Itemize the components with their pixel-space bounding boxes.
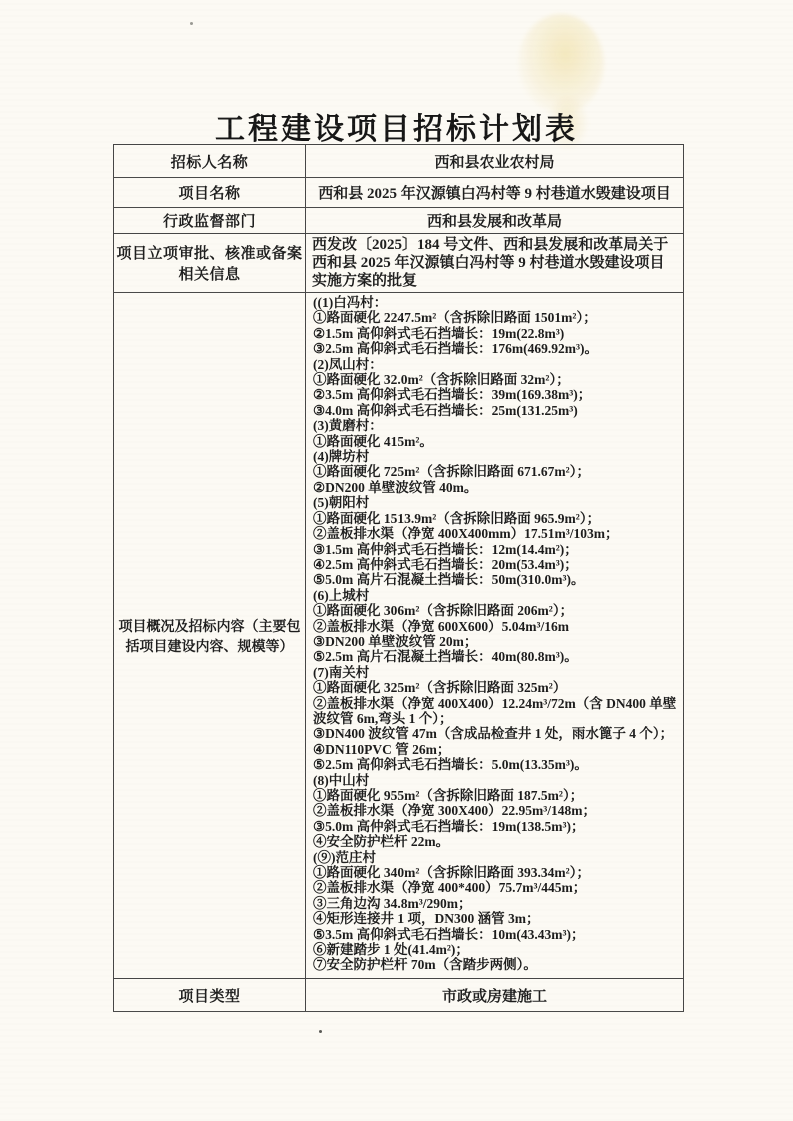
row-label: 招标人名称 xyxy=(114,145,306,178)
document-title: 工程建设项目招标计划表 xyxy=(0,104,793,148)
scan-speck xyxy=(319,1030,322,1033)
row-label: 项目概况及招标内容（主要包括项目建设内容、规模等） xyxy=(114,293,306,979)
scope-line: ②盖板排水渠（净宽 400X400）12.24m³/72m（含 DN400 单壁… xyxy=(313,696,677,727)
scope-line: (2)凤山村： xyxy=(313,357,677,372)
scope-line: ⑤2.5m 高仰斜式毛石挡墙长：5.0m(13.35m³)。 xyxy=(313,757,677,772)
scope-line: ④安全防护栏杆 22m。 xyxy=(313,834,677,849)
scope-line: ①路面硬化 2247.5m²（含拆除旧路面 1501m²）； xyxy=(313,310,677,325)
scope-line: ②盖板排水渠（净宽 600X600）5.04m³/16m xyxy=(313,619,677,634)
scope-line: ①路面硬化 340m²（含拆除旧路面 393.34m²）； xyxy=(313,865,677,880)
scope-line: ①路面硬化 1513.9m²（含拆除旧路面 965.9m²）； xyxy=(313,511,677,526)
row-label: 项目立项审批、核准或备案相关信息 xyxy=(114,234,306,293)
scope-line: ①路面硬化 32.0m²（含拆除旧路面 32m²）； xyxy=(313,372,677,387)
scope-line: ③4.0m 高仰斜式毛石挡墙长：25m(131.25m³) xyxy=(313,403,677,418)
scope-line: ①路面硬化 325m²（含拆除旧路面 325m²） xyxy=(313,680,677,695)
scope-line: ③DN400 波纹管 47m（含成品检查井 1 处，雨水篦子 4 个）； xyxy=(313,726,677,741)
scope-line: ②3.5m 高仰斜式毛石挡墙长：39m(169.38m³)； xyxy=(313,387,677,402)
scope-line: ⑤2.5m 高片石混凝土挡墙长：40m(80.8m³)。 xyxy=(313,649,677,664)
scope-line: (6)上城村 xyxy=(313,588,677,603)
row-value: 西和县发展和改革局 xyxy=(306,208,684,234)
scan-speck xyxy=(190,22,193,25)
scope-line: ②盖板排水渠（净宽 300X400）22.95m³/148m； xyxy=(313,803,677,818)
bidding-plan-table: 招标人名称 西和县农业农村局 项目名称 西和县 2025 年汉源镇白冯村等 9 … xyxy=(113,144,684,1012)
scope-line: (8)中山村 xyxy=(313,773,677,788)
scope-line: (4)牌坊村 xyxy=(313,449,677,464)
scope-line: (⑨)范庄村 xyxy=(313,850,677,865)
scope-line: ⑤3.5m 高仰斜式毛石挡墙长：10m(43.43m³)； xyxy=(313,927,677,942)
row-value: 西发改〔2025〕184 号文件、西和县发展和改革局关于西和县 2025 年汉源… xyxy=(306,234,684,293)
scope-line: ①路面硬化 306m²（含拆除旧路面 206m²）； xyxy=(313,603,677,618)
scope-line: ③2.5m 高仰斜式毛石挡墙长：176m(469.92m³)。 xyxy=(313,341,677,356)
scope-line: ((1)白冯村： xyxy=(313,295,677,310)
table-row-project-type: 项目类型 市政或房建施工 xyxy=(114,979,684,1012)
scope-line: ⑦安全防护栏杆 70m（含踏步两侧）。 xyxy=(313,957,677,972)
scope-line: ②盖板排水渠（净宽 400X400mm）17.51m³/103m； xyxy=(313,526,677,541)
row-label: 项目名称 xyxy=(114,178,306,208)
scope-line: ⑥新建踏步 1 处(41.4m²)； xyxy=(313,942,677,957)
scope-line: ②1.5m 高仰斜式毛石挡墙长：19m(22.8m³) xyxy=(313,326,677,341)
table-row-supervisory-dept: 行政监督部门 西和县发展和改革局 xyxy=(114,208,684,234)
row-value: 市政或房建施工 xyxy=(306,979,684,1012)
table-row-project-name: 项目名称 西和县 2025 年汉源镇白冯村等 9 村巷道水毁建设项目 xyxy=(114,178,684,208)
scope-line: (7)南关村 xyxy=(313,665,677,680)
row-value: 西和县农业农村局 xyxy=(306,145,684,178)
scope-line: ③5.0m 高仲斜式毛石挡墙长：19m(138.5m³)； xyxy=(313,819,677,834)
scope-line: (3)黄磨村： xyxy=(313,418,677,433)
scope-line: ①路面硬化 955m²（含拆除旧路面 187.5m²）； xyxy=(313,788,677,803)
scope-line: (5)朝阳村 xyxy=(313,495,677,510)
scope-line: ④矩形连接井 1 项，DN300 涵管 3m； xyxy=(313,911,677,926)
row-label: 行政监督部门 xyxy=(114,208,306,234)
scope-line: ①路面硬化 415m²。 xyxy=(313,434,677,449)
scope-line: ④2.5m 高仲斜式毛石挡墙长：20m(53.4m³)； xyxy=(313,557,677,572)
scope-line: ③DN200 单壁波纹管 20m； xyxy=(313,634,677,649)
scanned-document-page: 工程建设项目招标计划表 招标人名称 西和县农业农村局 项目名称 西和县 2025… xyxy=(0,0,793,1121)
scope-line: ②盖板排水渠（净宽 400*400）75.7m³/445m； xyxy=(313,880,677,895)
table-row-approval-info: 项目立项审批、核准或备案相关信息 西发改〔2025〕184 号文件、西和县发展和… xyxy=(114,234,684,293)
row-value: ((1)白冯村：①路面硬化 2247.5m²（含拆除旧路面 1501m²）；②1… xyxy=(306,293,684,979)
scope-line: ②DN200 单壁波纹管 40m。 xyxy=(313,480,677,495)
row-label: 项目类型 xyxy=(114,979,306,1012)
row-value: 西和县 2025 年汉源镇白冯村等 9 村巷道水毁建设项目 xyxy=(306,178,684,208)
table-row-project-scope: 项目概况及招标内容（主要包括项目建设内容、规模等） ((1)白冯村：①路面硬化 … xyxy=(114,293,684,979)
scope-line: ④DN110PVC 管 26m； xyxy=(313,742,677,757)
project-scope-lines: ((1)白冯村：①路面硬化 2247.5m²（含拆除旧路面 1501m²）；②1… xyxy=(313,295,677,973)
scope-line: ⑤5.0m 高片石混凝土挡墙长：50m(310.0m³)。 xyxy=(313,572,677,587)
scope-line: ③1.5m 高仲斜式毛石挡墙长：12m(14.4m²)； xyxy=(313,542,677,557)
table-row-tenderer: 招标人名称 西和县农业农村局 xyxy=(114,145,684,178)
scope-line: ③三角边沟 34.8m³/290m； xyxy=(313,896,677,911)
scope-line: ①路面硬化 725m²（含拆除旧路面 671.67m²）； xyxy=(313,464,677,479)
